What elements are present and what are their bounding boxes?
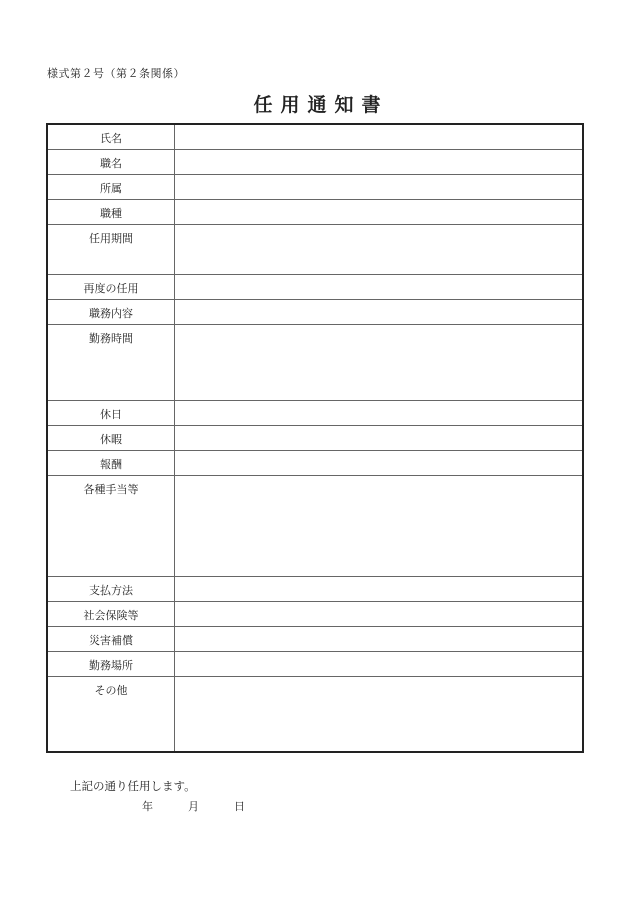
form-row-value-field[interactable] [175,576,584,601]
form-row: 支払方法 [47,576,583,601]
form-number: 様式第２号（第２条関係） [47,65,185,81]
form-row-label: 任用期間 [47,224,175,274]
form-row-value-field[interactable] [175,299,584,324]
form-row-value-field[interactable] [175,651,584,676]
form-row-label: 災害補償 [47,626,175,651]
form-row-label: 氏名 [47,124,175,149]
form-row: 勤務時間 [47,324,583,400]
form-row: 職名 [47,149,583,174]
form-row-value-field[interactable] [175,199,584,224]
form-row: 職種 [47,199,583,224]
form-row: 社会保険等 [47,601,583,626]
form-row-value-field[interactable] [175,475,584,576]
form-row-label: 各種手当等 [47,475,175,576]
closing-statement: 上記の通り任用します。 [70,778,196,794]
form-row: 災害補償 [47,626,583,651]
form-row-label: 所属 [47,174,175,199]
form-row-value-field[interactable] [175,174,584,199]
form-row: 勤務場所 [47,651,583,676]
form-row-value-field[interactable] [175,149,584,174]
date-day-label: 日 [234,798,245,814]
form-row-value-field[interactable] [175,425,584,450]
form-row-value-field[interactable] [175,450,584,475]
form-row: その他 [47,676,583,752]
form-row-value-field[interactable] [175,324,584,400]
form-row-label: 報酬 [47,450,175,475]
form-row: 職務内容 [47,299,583,324]
date-line: 年 月 日 [142,798,245,814]
form-row-value-field[interactable] [175,224,584,274]
date-year-label: 年 [142,798,153,814]
form-row-value-field[interactable] [175,400,584,425]
form-row: 氏名 [47,124,583,149]
form-row-label: 勤務場所 [47,651,175,676]
form-row: 各種手当等 [47,475,583,576]
form-row-label: 支払方法 [47,576,175,601]
form-row-value-field[interactable] [175,124,584,149]
appointment-form-table: 氏名職名所属職種任用期間再度の任用職務内容勤務時間休日休暇報酬各種手当等支払方法… [46,123,584,753]
form-row-value-field[interactable] [175,601,584,626]
form-row-label: その他 [47,676,175,752]
form-row-value-field[interactable] [175,274,584,299]
form-row: 休日 [47,400,583,425]
form-row-label: 職名 [47,149,175,174]
form-row-label: 職種 [47,199,175,224]
form-row-label: 社会保険等 [47,601,175,626]
form-row: 休暇 [47,425,583,450]
date-month-label: 月 [188,798,199,814]
form-row-label: 職務内容 [47,299,175,324]
form-row: 報酬 [47,450,583,475]
form-row-value-field[interactable] [175,626,584,651]
form-row-label: 勤務時間 [47,324,175,400]
form-row-label: 再度の任用 [47,274,175,299]
form-row-value-field[interactable] [175,676,584,752]
form-row: 所属 [47,174,583,199]
form-row-label: 休日 [47,400,175,425]
form-row: 任用期間 [47,224,583,274]
document-title: 任用通知書 [0,90,630,117]
form-row: 再度の任用 [47,274,583,299]
form-row-label: 休暇 [47,425,175,450]
